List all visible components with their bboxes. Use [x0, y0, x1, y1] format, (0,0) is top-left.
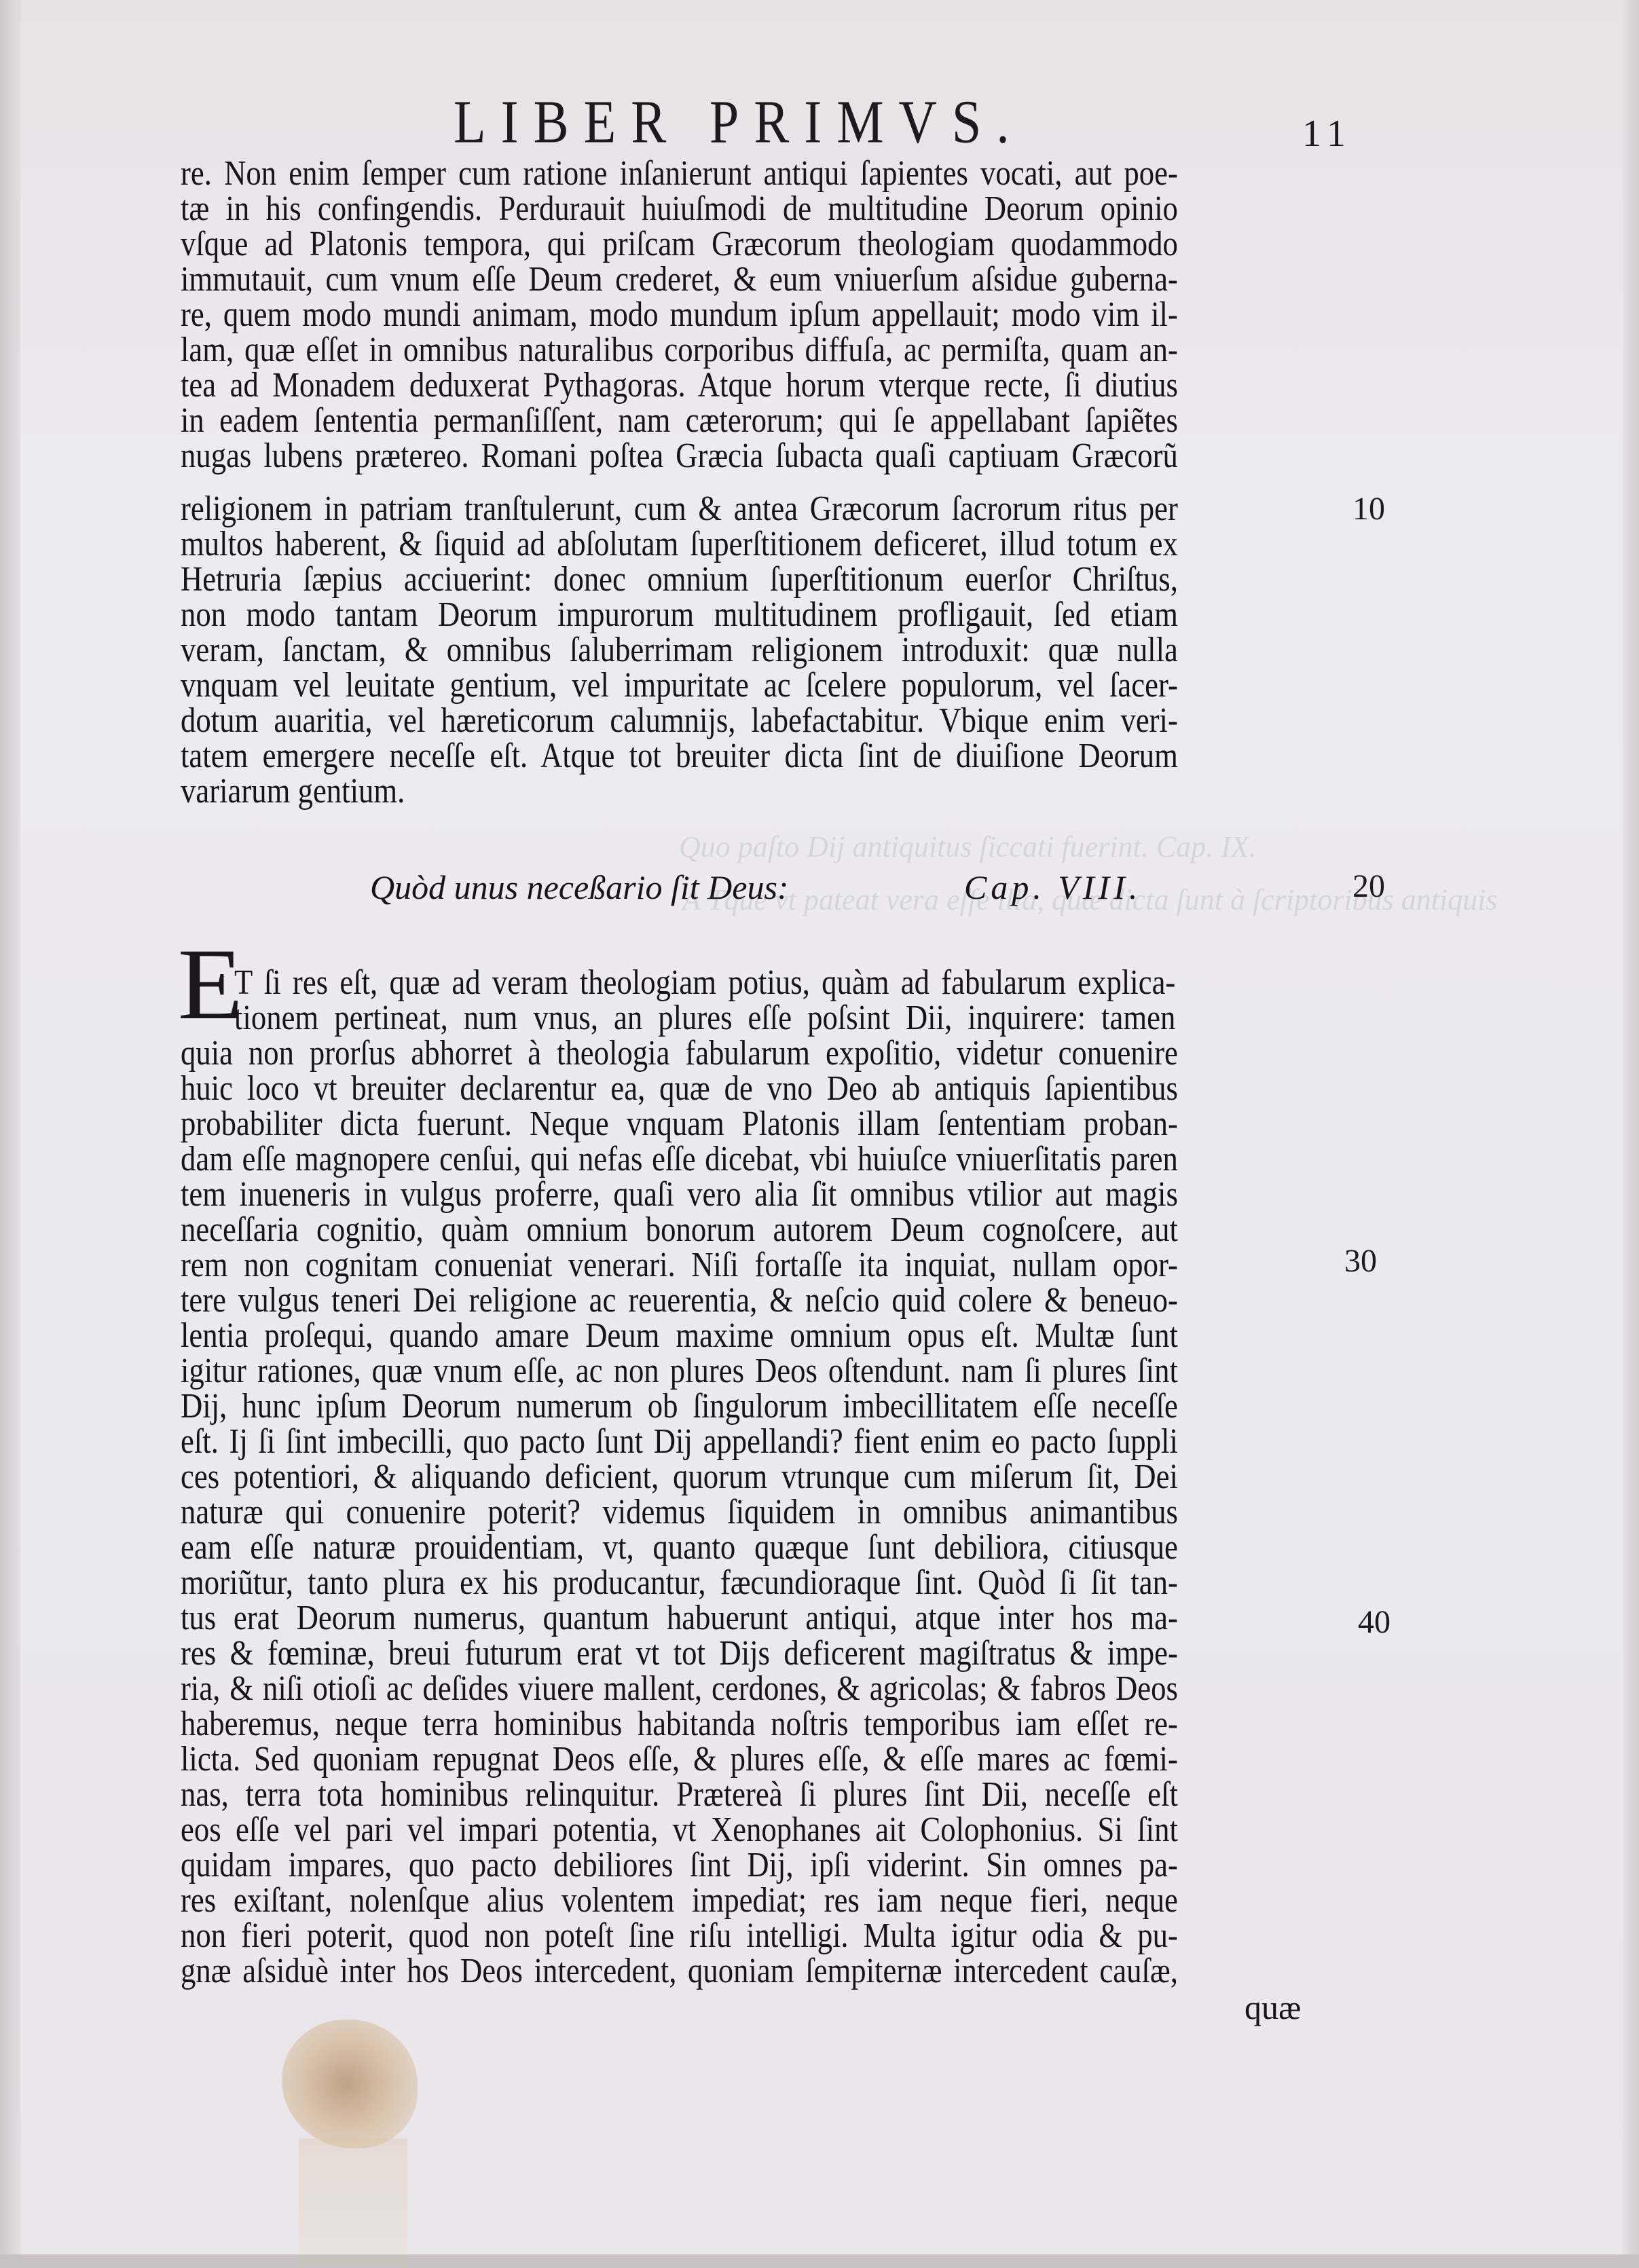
text-line: tere vulgus teneri Dei religione ac reue…	[181, 1282, 1178, 1320]
text-line: vſque ad Platonis tempora, qui priſcam G…	[181, 225, 1178, 263]
text-line: vnquam vel leuitate gentium, vel impurit…	[181, 667, 1178, 705]
text-line: non fieri poterit, quod non poteſt ſine …	[181, 1917, 1178, 1955]
text-line: probabiliter dicta fuerunt. Neque vnquam…	[181, 1105, 1178, 1143]
text-line: licta. Sed quoniam repugnat Deos eſſe, &…	[181, 1741, 1178, 1779]
text-line: tionem pertineat, num vnus, an plures eſ…	[234, 999, 1175, 1037]
text-line: quidam impares, quo pacto debiliores ſin…	[181, 1846, 1178, 1884]
text-line: nugas lubens prætereo. Romani poſtea Græ…	[181, 437, 1178, 475]
text-line: veram, ſanctam, & omnibus ſaluberrimam r…	[181, 631, 1178, 669]
text-line: eos eſſe vel pari vel impari potentia, v…	[181, 1811, 1178, 1849]
water-stain	[282, 2020, 418, 2149]
text-line: quia non prorſus abhorret à theologia fa…	[181, 1035, 1178, 1073]
text-line: huic loco vt breuiter declarentur ea, qu…	[181, 1070, 1178, 1108]
margin-line-number: 10	[1352, 490, 1385, 527]
text-line: neceſſaria cognitio, quàm omnium bonorum…	[181, 1211, 1178, 1249]
text-line: ria, & niſi otioſi ac deſides viuere mal…	[181, 1670, 1178, 1708]
text-line: tea ad Monadem deduxerat Pythagoras. Atq…	[181, 367, 1178, 405]
text-line: dam eſſe magnopere cenſui, qui nefas eſſ…	[181, 1140, 1178, 1178]
text-line: Dij, hunc ipſum Deorum numerum ob ſingul…	[181, 1388, 1178, 1426]
margin-line-number: 30	[1344, 1242, 1377, 1280]
margin-line-number: 20	[1352, 868, 1385, 905]
margin-line-number: 40	[1358, 1603, 1391, 1641]
text-line: tus erat Deorum numerus, quantum habueru…	[181, 1599, 1178, 1637]
running-head: LIBER PRIMVS.	[454, 87, 1025, 157]
water-stain-trail	[299, 2138, 407, 2267]
text-line: ces potentiori, & aliquando deficient, q…	[181, 1458, 1178, 1496]
page-edge-shadow	[1623, 0, 1639, 2268]
text-line: tatem emergere neceſſe eſt. Atque tot br…	[181, 737, 1178, 775]
text-line: lam, quæ eſſet in omnibus naturalibus co…	[181, 331, 1178, 369]
text-line: non modo tantam Deorum impurorum multitu…	[181, 596, 1178, 634]
chapter-title: Quòd unus neceßario ſit Deus:	[370, 868, 789, 907]
catchword: quæ	[1245, 1988, 1301, 2027]
text-line: immutauit, cum vnum eſſe Deum crederet, …	[181, 261, 1178, 299]
text-line: moriũtur, tanto plura ex his producantur…	[181, 1564, 1178, 1602]
page-bottom-edge	[0, 2254, 1639, 2268]
text-line: gnæ aſsiduè inter hos Deos intercedent, …	[181, 1952, 1178, 1990]
text-line: Hetruria ſæpius acciuerint: donec omnium…	[181, 561, 1178, 599]
book-page: Quo paſto Dij antiquitus ſiccati fuerint…	[0, 0, 1639, 2268]
text-line: multos haberent, & ſiquid ad abſolutam ſ…	[181, 525, 1178, 563]
text-line: dotum auaritia, vel hæreticorum calumnij…	[181, 702, 1178, 740]
text-line: res exiſtant, nolenſque alius volentem i…	[181, 1882, 1178, 1920]
text-line: lentia proſequi, quando amare Deum maxim…	[181, 1317, 1178, 1355]
text-line: nas, terra tota hominibus relinquitur. P…	[181, 1776, 1178, 1814]
text-line: naturæ qui conuenire poterit? videmus ſi…	[181, 1493, 1178, 1531]
text-line: tæ in his confingendis. Perdurauit huiuſ…	[181, 190, 1178, 228]
show-through-heading: Quo paſto Dij antiquitus ſiccati fuerint…	[679, 830, 1257, 864]
text-line: re, quem modo mundi animam, modo mundum …	[181, 296, 1178, 334]
text-line: rem non cognitam conueniat venerari. Niſ…	[181, 1246, 1178, 1284]
text-line: T ſi res eſt, quæ ad veram theologiam po…	[234, 964, 1175, 1002]
text-line: tem inueneris in vulgus proferre, quaſi …	[181, 1176, 1178, 1214]
text-line: haberemus, neque terra hominibus habitan…	[181, 1705, 1178, 1743]
page-gutter-shadow	[0, 0, 20, 2268]
text-line: igitur rationes, quæ vnum eſſe, ac non p…	[181, 1352, 1178, 1390]
page-number: 11	[1302, 112, 1352, 155]
drop-cap-initial: E	[178, 937, 243, 1032]
text-line: variarum gentium.	[181, 773, 1178, 811]
text-line: re. Non enim ſemper cum ratione inſanier…	[181, 155, 1178, 193]
text-line: res & fœminæ, breui futurum erat vt tot …	[181, 1635, 1178, 1673]
text-line: religionem in patriam tranſtulerunt, cum…	[181, 490, 1178, 528]
text-line: eam eſſe naturæ prouidentiam, vt, quanto…	[181, 1529, 1178, 1567]
text-line: in eadem ſententia permanſiſſent, nam cæ…	[181, 402, 1178, 440]
text-line: eſt. Ij ſi ſint imbecilli, quo pacto ſun…	[181, 1423, 1178, 1461]
chapter-number: Cap. VIII.	[964, 868, 1141, 907]
